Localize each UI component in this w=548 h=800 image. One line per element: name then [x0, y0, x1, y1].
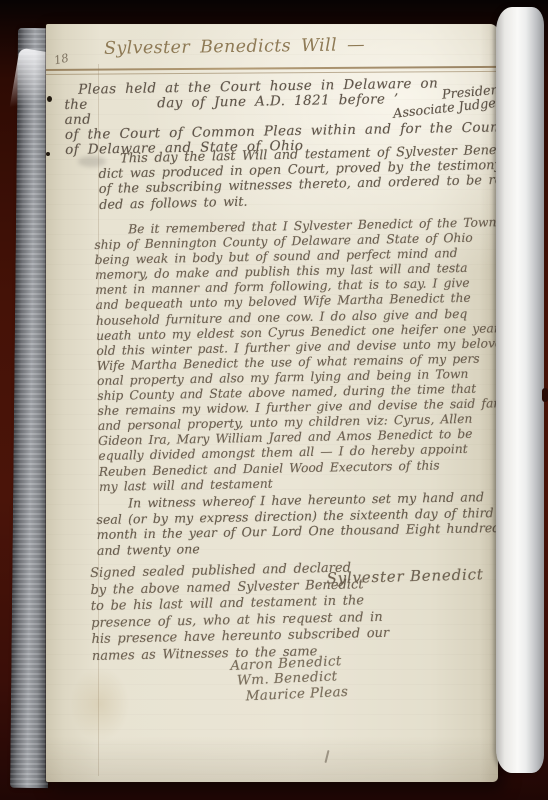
header-rule-top — [46, 66, 500, 71]
document-title: Sylvester Benedicts Will — — [104, 35, 365, 59]
page-number: 18 — [53, 51, 70, 68]
attestation-clause: Signed sealed published and declaredby t… — [90, 560, 390, 665]
stray-pen-mark — [324, 750, 329, 763]
will-body-paragraph: Be it remembered that I Sylvester Benedi… — [94, 215, 513, 495]
header-rule-bottom — [46, 71, 500, 75]
witness-signature: Maurice Pleas — [245, 684, 348, 704]
ledger-page: 18 Sylvester Benedicts Will — Pleas held… — [46, 24, 498, 782]
ink-blot — [46, 152, 50, 156]
ink-blot — [47, 96, 52, 102]
probate-record-paragraph: This day the last Will and testament of … — [98, 142, 524, 212]
witness-signatures: Aaron BenedictWm. BenedictMaurice Pleas — [230, 654, 349, 705]
plastic-sleeve-edge — [496, 7, 544, 773]
ledger-photograph: 18 Sylvester Benedicts Will — Pleas held… — [0, 0, 548, 800]
paper-stain — [60, 654, 140, 754]
background-gap — [542, 388, 548, 402]
